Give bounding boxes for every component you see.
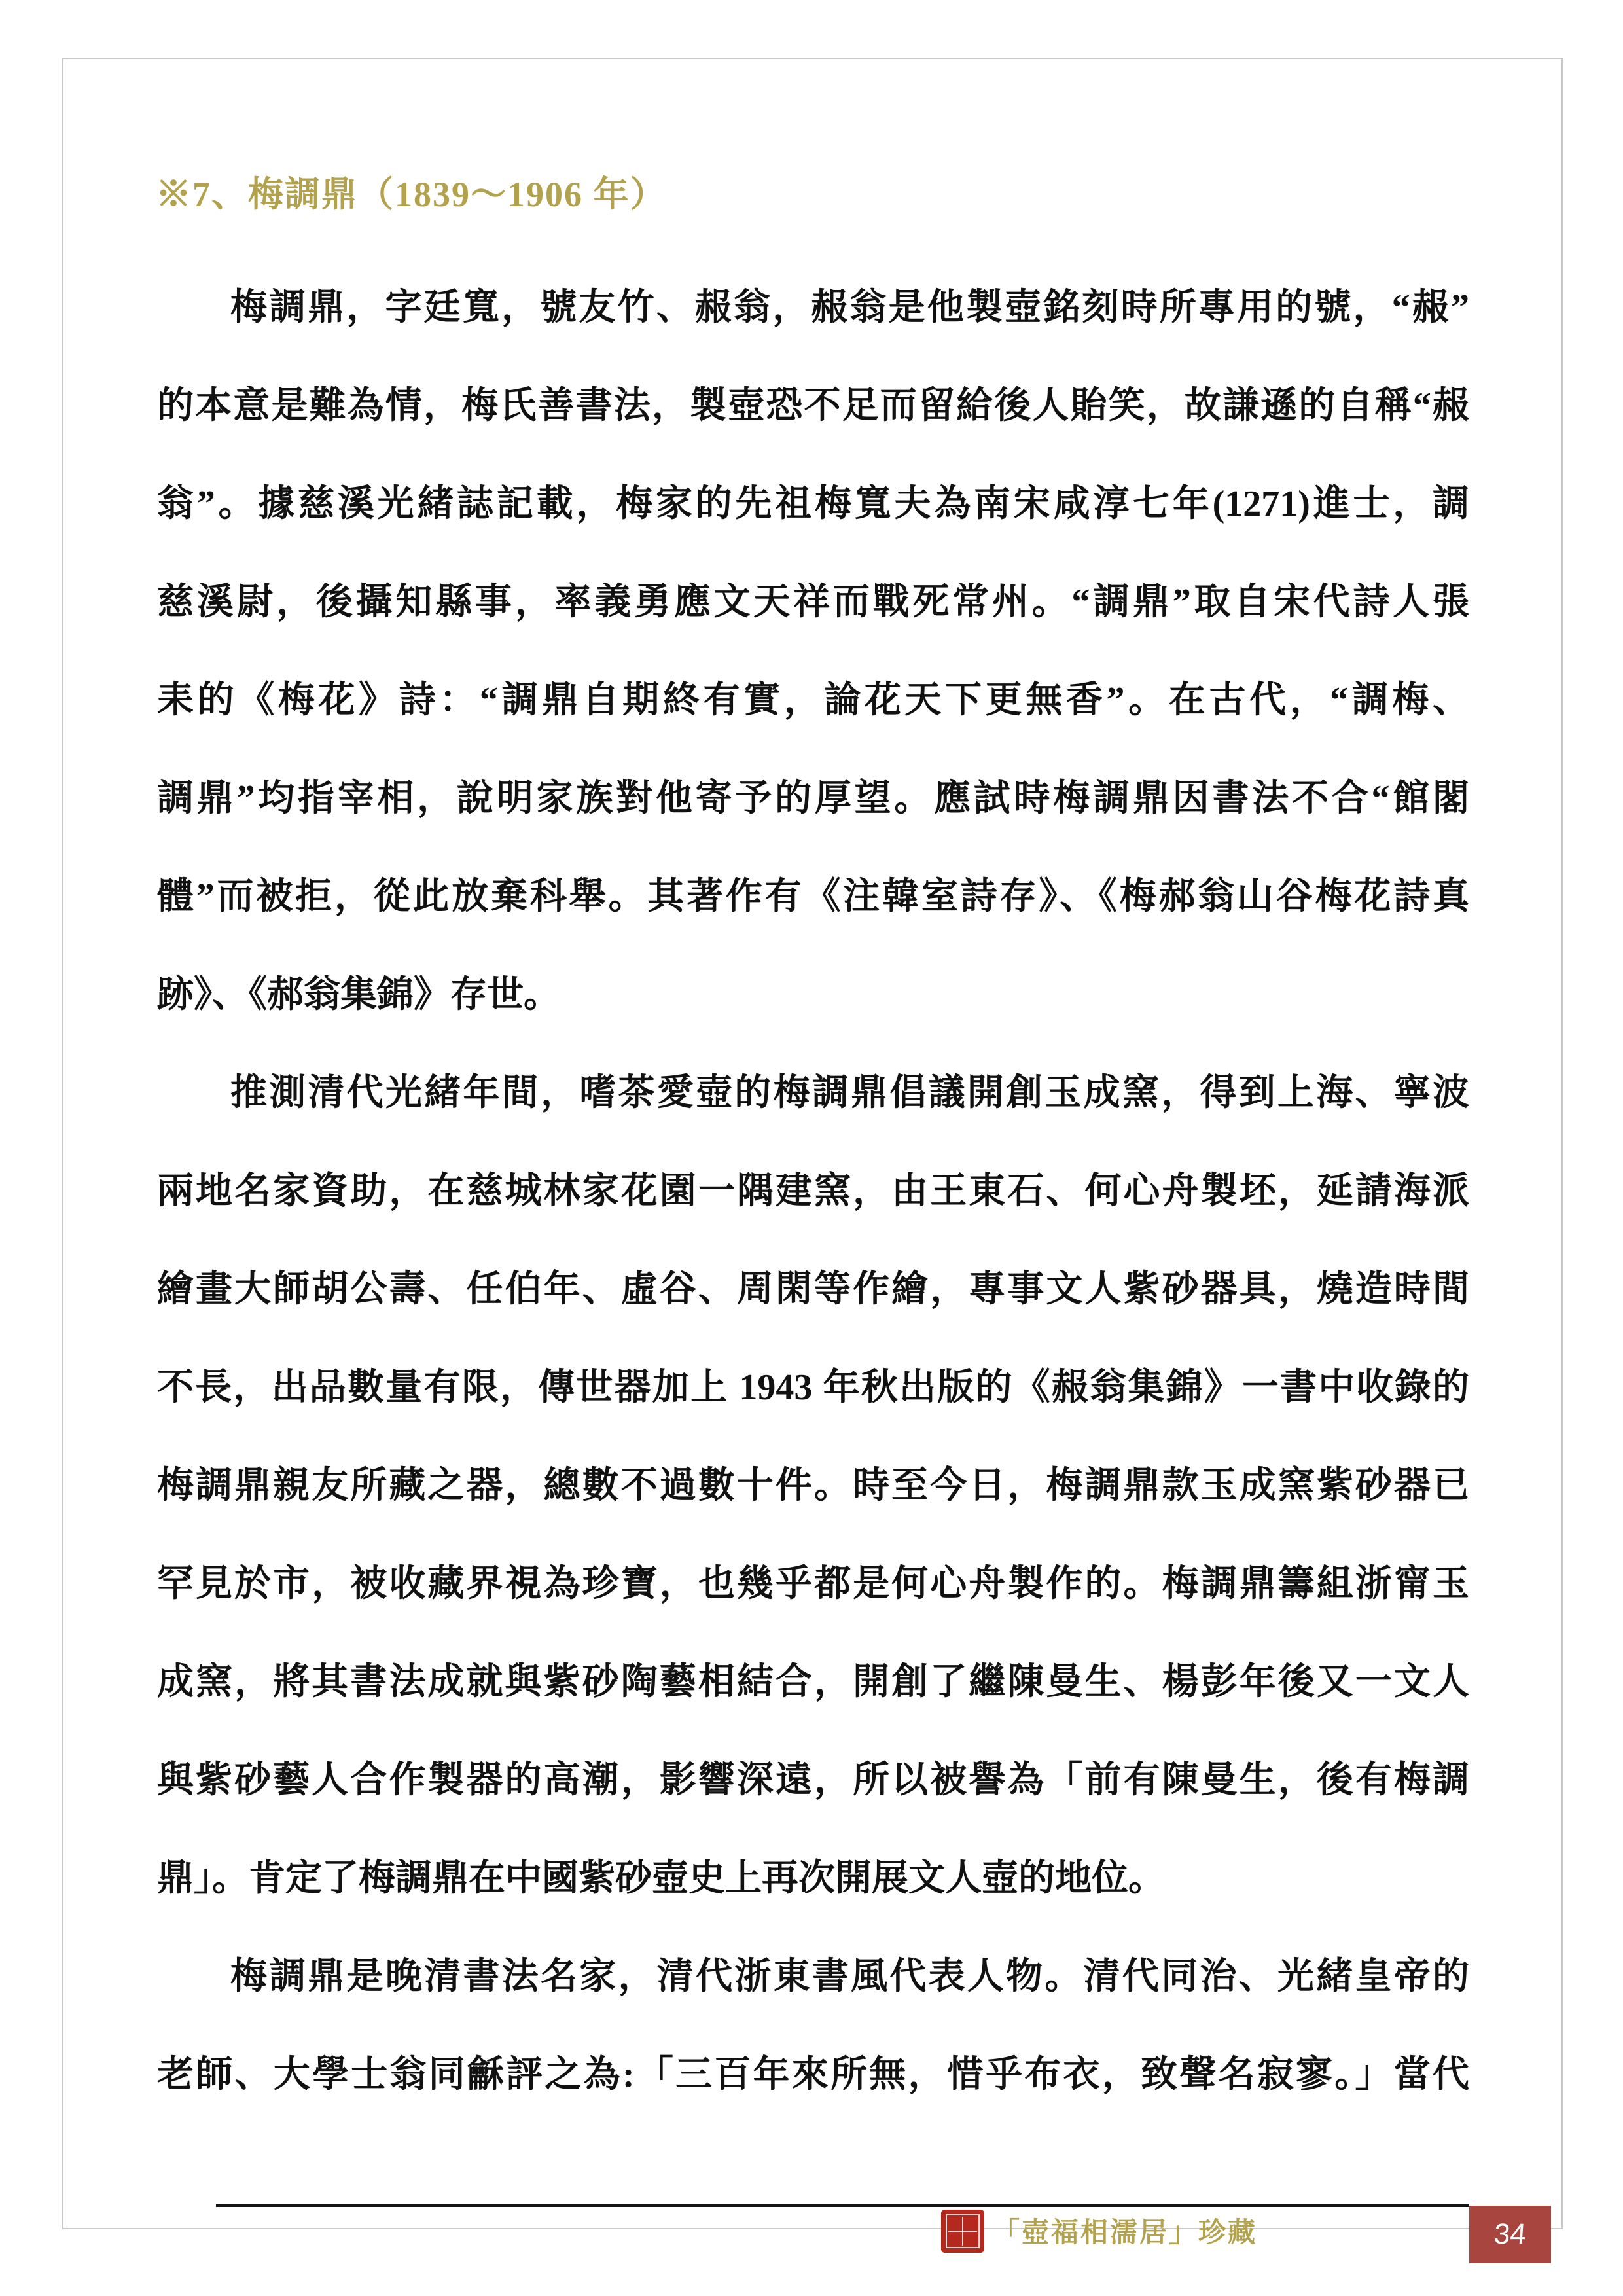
text-line: 慈溪尉，後攝知縣事，率義勇應文天祥而戰死常州。“調鼎”取自宋代詩人張: [157, 553, 1469, 651]
footer-rule: [216, 2204, 1469, 2207]
page-number: 34: [1493, 2218, 1527, 2251]
text-line: 體”而被拒，從此放棄科舉。其著作有《注韓室詩存》、《梅郝翁山谷梅花詩真: [157, 848, 1469, 946]
text-line: 老師、大學士翁同龢評之為:「三百年來所無，惜乎布衣，致聲名寂寥。」當代: [157, 2026, 1469, 2124]
text-line: 不長，出品數量有限，傳世器加上 1943 年秋出版的《赧翁集錦》一書中收錄的: [157, 1338, 1469, 1437]
text-line: 跡》、《郝翁集錦》存世。: [157, 946, 1469, 1044]
text-line: 梅調鼎，字廷寬，號友竹、赧翁，赧翁是他製壺銘刻時所專用的號，“赧”: [157, 259, 1469, 357]
body-text: 梅調鼎，字廷寬，號友竹、赧翁，赧翁是他製壺銘刻時所專用的號，“赧”的本意是難為情…: [157, 259, 1469, 2124]
document-page: { "page": { "heading": "※7、梅調鼎（1839～1906…: [0, 0, 1623, 2296]
text-line: 耒的《梅花》詩：“調鼎自期終有實，論花天下更無香”。在古代，“調梅、: [157, 651, 1469, 749]
section-heading: ※7、梅調鼎（1839～1906 年）: [156, 171, 1471, 217]
text-line: 兩地名家資助，在慈城林家花園一隅建窯，由王東石、何心舟製坯，延請海派: [157, 1142, 1469, 1240]
text-line: 繪畫大師胡公壽、任伯年、虛谷、周閑等作繪，專事文人紫砂器具，燒造時間: [157, 1240, 1469, 1338]
seal-stamp-icon: [941, 2210, 984, 2253]
text-line: 成窯，將其書法成就與紫砂陶藝相結合，開創了繼陳曼生、楊彭年後又一文人: [157, 1633, 1469, 1731]
text-line: 鼎」。肯定了梅調鼎在中國紫砂壺史上再次開展文人壺的地位。: [157, 1829, 1469, 1928]
footer-collection-label: 「壺福相濡居」珍藏: [992, 2215, 1257, 2251]
text-line: 調鼎”均指宰相，說明家族對他寄予的厚望。應試時梅調鼎因書法不合“館閣: [157, 749, 1469, 848]
text-line: 梅調鼎親友所藏之器，總數不過數十件。時至今日，梅調鼎款玉成窯紫砂器已: [157, 1437, 1469, 1535]
text-line: 與紫砂藝人合作製器的高潮，影響深遠，所以被譽為「前有陳曼生，後有梅調: [157, 1731, 1469, 1829]
text-line: 罕見於市，被收藏界視為珍寶，也幾乎都是何心舟製作的。梅調鼎籌組浙甯玉: [157, 1535, 1469, 1633]
seal-pattern: [946, 2214, 980, 2248]
page-number-badge: 34: [1469, 2206, 1551, 2263]
text-line: 的本意是難為情，梅氏善書法，製壺恐不足而留給後人貽笑，故謙遜的自稱“赧: [157, 357, 1469, 455]
text-line: 推測清代光緒年間，嗜茶愛壺的梅調鼎倡議開創玉成窯，得到上海、寧波: [157, 1044, 1469, 1142]
text-line: 梅調鼎是晚清書法名家，清代浙東書風代表人物。清代同治、光緒皇帝的: [157, 1928, 1469, 2026]
text-line: 翁”。據慈溪光緒誌記載，梅家的先祖梅寬夫為南宋咸淳七年(1271)進士，調: [157, 455, 1469, 553]
